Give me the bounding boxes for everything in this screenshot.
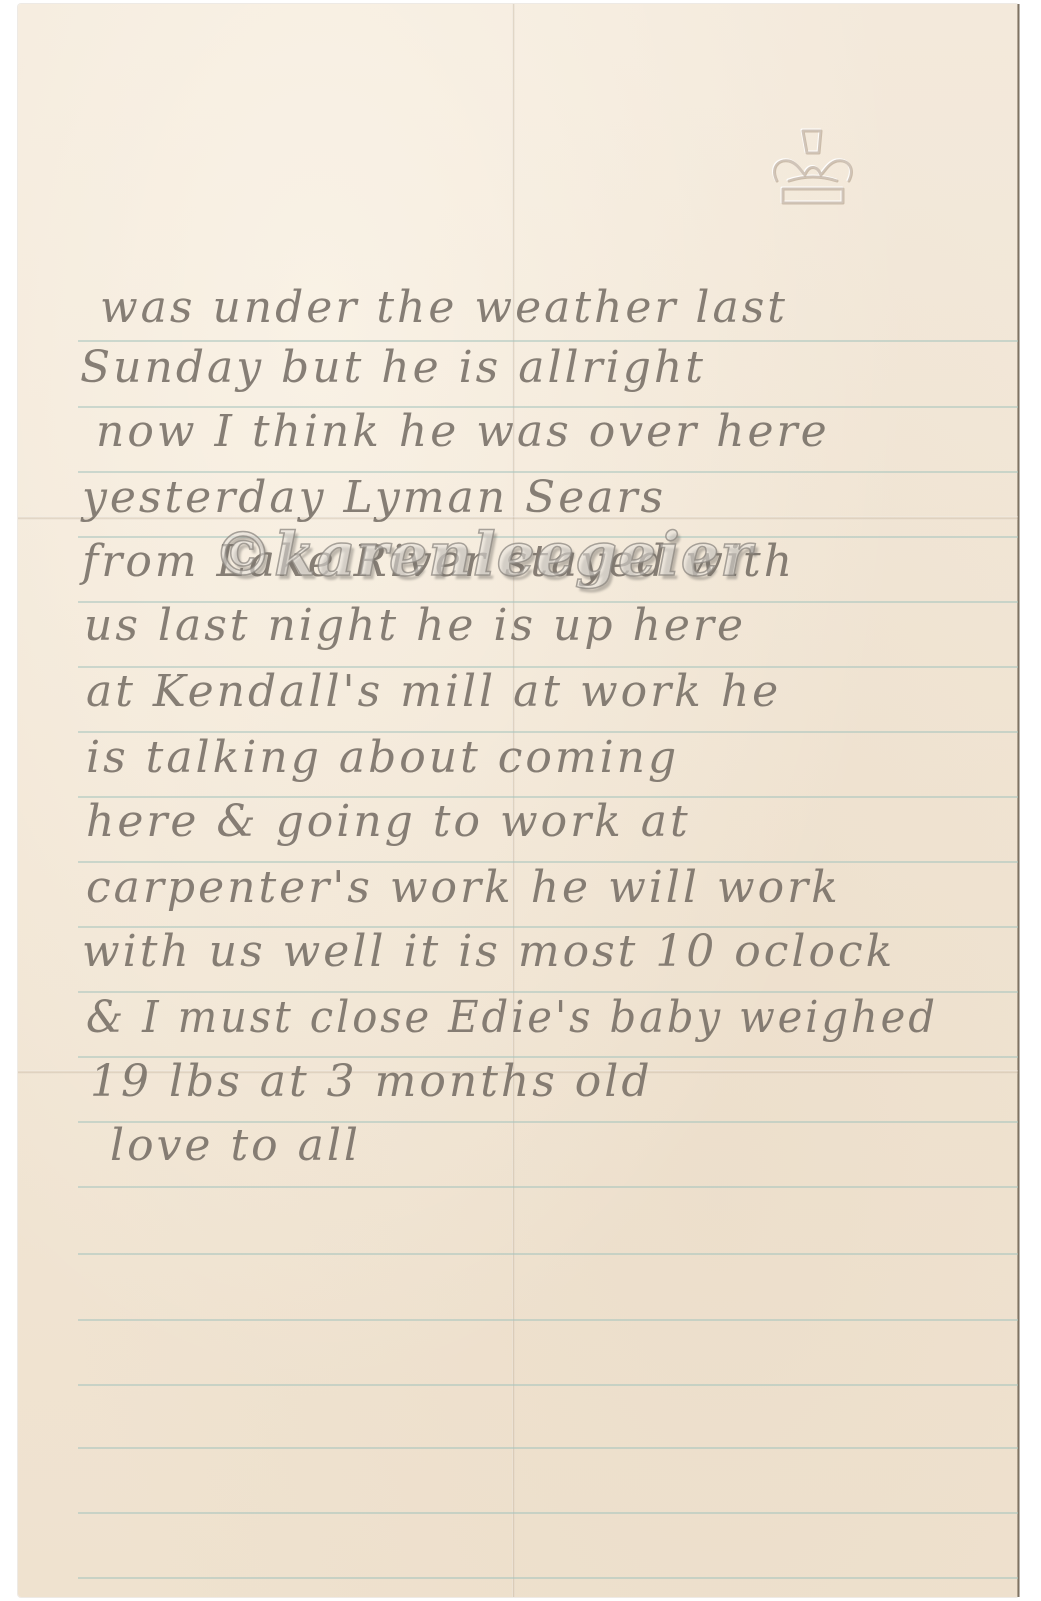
letter-line: Sunday but he is allright	[80, 342, 706, 393]
ruled-line	[78, 1384, 1018, 1386]
page-edge	[1017, 4, 1020, 1597]
ruled-line	[78, 1319, 1018, 1321]
ruled-line	[78, 1447, 1018, 1449]
letter-line: was under the weather last	[100, 282, 788, 333]
letter-line: yesterday Lyman Sears	[82, 472, 666, 523]
letter-line: us last night he is up here	[84, 600, 746, 651]
letter-line: with us well it is most 10 oclock	[82, 926, 895, 977]
letter-line: carpenter's work he will work	[86, 862, 841, 913]
letter-line: now I think he was over here	[96, 406, 830, 457]
letter-line: is talking about coming	[86, 732, 679, 783]
ruled-line	[78, 1253, 1018, 1255]
letter-line: & I must close Edie's baby weighed	[86, 992, 938, 1043]
ruled-line	[78, 1186, 1018, 1188]
letter-page: was under the weather last Sunday but he…	[18, 4, 1018, 1597]
ruled-line	[78, 1512, 1018, 1514]
letter-line: love to all	[110, 1120, 361, 1171]
copyright-watermark: ©karenleegeier	[213, 520, 753, 590]
crown-emboss-icon	[763, 119, 863, 219]
letter-line: here & going to work at	[86, 796, 691, 847]
letter-line: 19 lbs at 3 months old	[90, 1056, 653, 1107]
letter-line: at Kendall's mill at work he	[86, 666, 781, 717]
ruled-line	[78, 1577, 1018, 1579]
